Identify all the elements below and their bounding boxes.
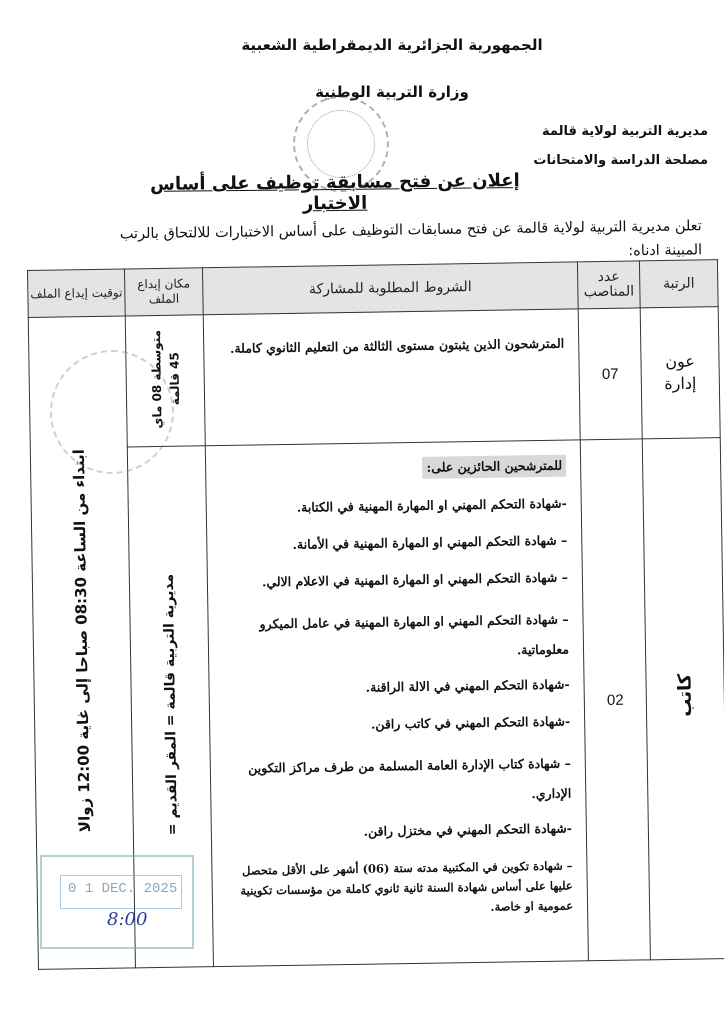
service-name: مصلحة الدراسة والامتحانات [533,153,708,168]
condition-item: -شهادة التحكم المهني في مختزل راقن. [222,819,572,844]
conditions-cell: للمترشحين الحائزين على: -شهادة التحكم ال… [205,440,588,967]
ministry-header: وزارة التربية الوطنية [60,83,724,101]
header-positions: عدد المناصب [577,261,640,309]
condition-item: – شهادة تكوين في المكتبية مدته ستة (06) … [222,856,573,921]
stamp-date: 0 1 DEC. 2025 [68,881,177,897]
condition-item: – شهادة التحكم المهني او المهارة المهنية… [218,605,569,670]
header-conditions: الشروط المطلوبة للمشاركة [202,262,578,315]
condition-item: -شهادة التحكم المهني في الالة الراقنة. [219,675,569,700]
header-rank: الرتبة [639,260,718,308]
condition-item: -شهادة التحكم المهني او المهارة المهنية … [217,494,567,519]
positions-cell: 02 [580,439,650,961]
condition-item: – شهادة كتاب الإدارة العامة المسلمة من ط… [221,749,572,814]
rank-value: عون إدارة [655,350,706,395]
place-value: مديرية التربية قالمة = المقر القديم = [160,574,180,836]
conditions-label: للمترشحين الحائزين على: [216,455,566,482]
conditions-cell: المترشحون الذين يثبتون مستوى الثالثة من … [203,309,580,446]
rank-cell: عون إدارة [640,307,720,439]
header-time: توقيت إيداع الملف [28,269,126,318]
condition-item: -شهادة التحكم المهني في كاتب راقن. [220,712,570,737]
directorate-name: مديرية التربية لولاية قالمة [542,124,708,139]
scanned-document-page: الجمهورية الجزائرية الديمقراطية الشعبية … [0,0,724,1024]
handwritten-time: 8:00 [107,909,147,930]
received-date-stamp: 0 1 DEC. 2025 8:00 [40,855,194,949]
condition-item: – شهادة التحكم المهني او المهارة المهنية… [217,531,567,556]
header-place: مكان إيداع الملف [124,268,203,316]
rank-value: كاتب [674,674,697,717]
republic-header: الجمهورية الجزائرية الديمقراطية الشعبية [60,36,724,54]
faded-seal-stamp [50,350,174,474]
rank-cell: كاتب [642,438,724,960]
time-value: ابتداء من الساعة 08:30 صباحا إلى غاية 12… [70,449,94,832]
positions-cell: 07 [578,308,642,440]
announcement-title: إعلان عن فتح مسابقة توظيف على أساس الاخت… [150,170,520,216]
condition-item: – شهادة التحكم المهني او المهارة المهنية… [218,568,568,593]
